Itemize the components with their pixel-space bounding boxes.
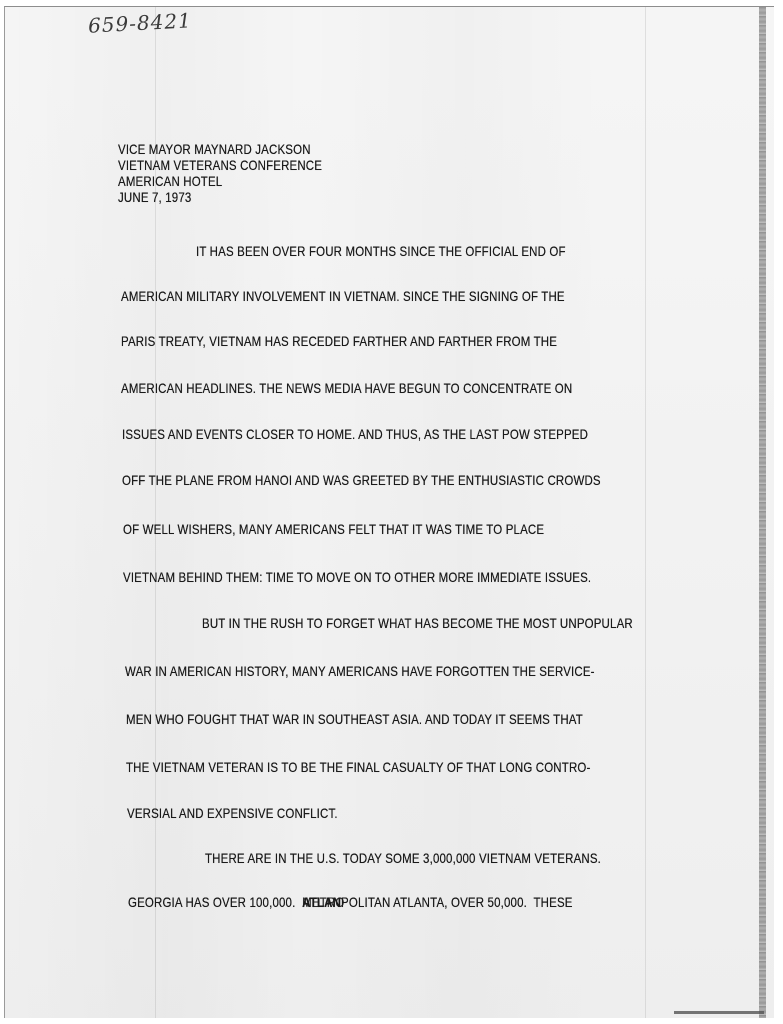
document-header: VICE MAYOR MAYNARD JACKSON VIETNAM VETER… [118,141,367,205]
body-line: VIETNAM BEHIND THEM: TIME TO MOVE ON TO … [123,567,591,587]
header-venue: AMERICAN HOTEL [118,173,322,189]
body-line: IT HAS BEEN OVER FOUR MONTHS SINCE THE O… [196,241,566,261]
body-text-segment: GEORGIA HAS OVER 100,000. [128,894,302,910]
body-line: PARIS TREATY, VIETNAM HAS RECEDED FARTHE… [121,331,557,351]
handwritten-phone-note: 659-8421 [87,8,192,37]
overtyped-text: ATLAN [302,894,341,910]
document-page: 659-8421 VICE MAYOR MAYNARD JACKSON VIET… [4,6,774,1018]
header-date: JUNE 7, 1973 [118,189,322,205]
scan-fold-line [645,7,646,1018]
header-speaker: VICE MAYOR MAYNARD JACKSON [118,141,322,157]
header-event: VIETNAM VETERANS CONFERENCE [118,157,322,173]
body-line: OF WELL WISHERS, MANY AMERICANS FELT THA… [123,519,544,539]
body-text-segment: POLITAN ATLANTA, OVER 50,000. THESE [341,894,573,910]
scan-edge-shadow [674,1011,764,1014]
body-line: OFF THE PLANE FROM HANOI AND WAS GREETED… [122,470,601,490]
body-line: AMERICAN HEADLINES. THE NEWS MEDIA HAVE … [121,378,572,398]
body-line: MEN WHO FOUGHT THAT WAR IN SOUTHEAST ASI… [126,709,583,729]
body-line: VERSIAL AND EXPENSIVE CONFLICT. [127,803,338,823]
scan-edge-shadow [759,7,766,1018]
body-line: AMERICAN MILITARY INVOLVEMENT IN VIETNAM… [121,286,565,306]
overstruck-word: METROATLAN [302,892,341,912]
body-line: THERE ARE IN THE U.S. TODAY SOME 3,000,0… [205,848,601,868]
body-line-last: GEORGIA HAS OVER 100,000. METROATLANPOLI… [128,892,573,912]
body-line: BUT IN THE RUSH TO FORGET WHAT HAS BECOM… [202,613,633,633]
body-line: WAR IN AMERICAN HISTORY, MANY AMERICANS … [125,661,595,681]
body-line: ISSUES AND EVENTS CLOSER TO HOME. AND TH… [122,424,588,444]
body-line: THE VIETNAM VETERAN IS TO BE THE FINAL C… [126,757,590,777]
